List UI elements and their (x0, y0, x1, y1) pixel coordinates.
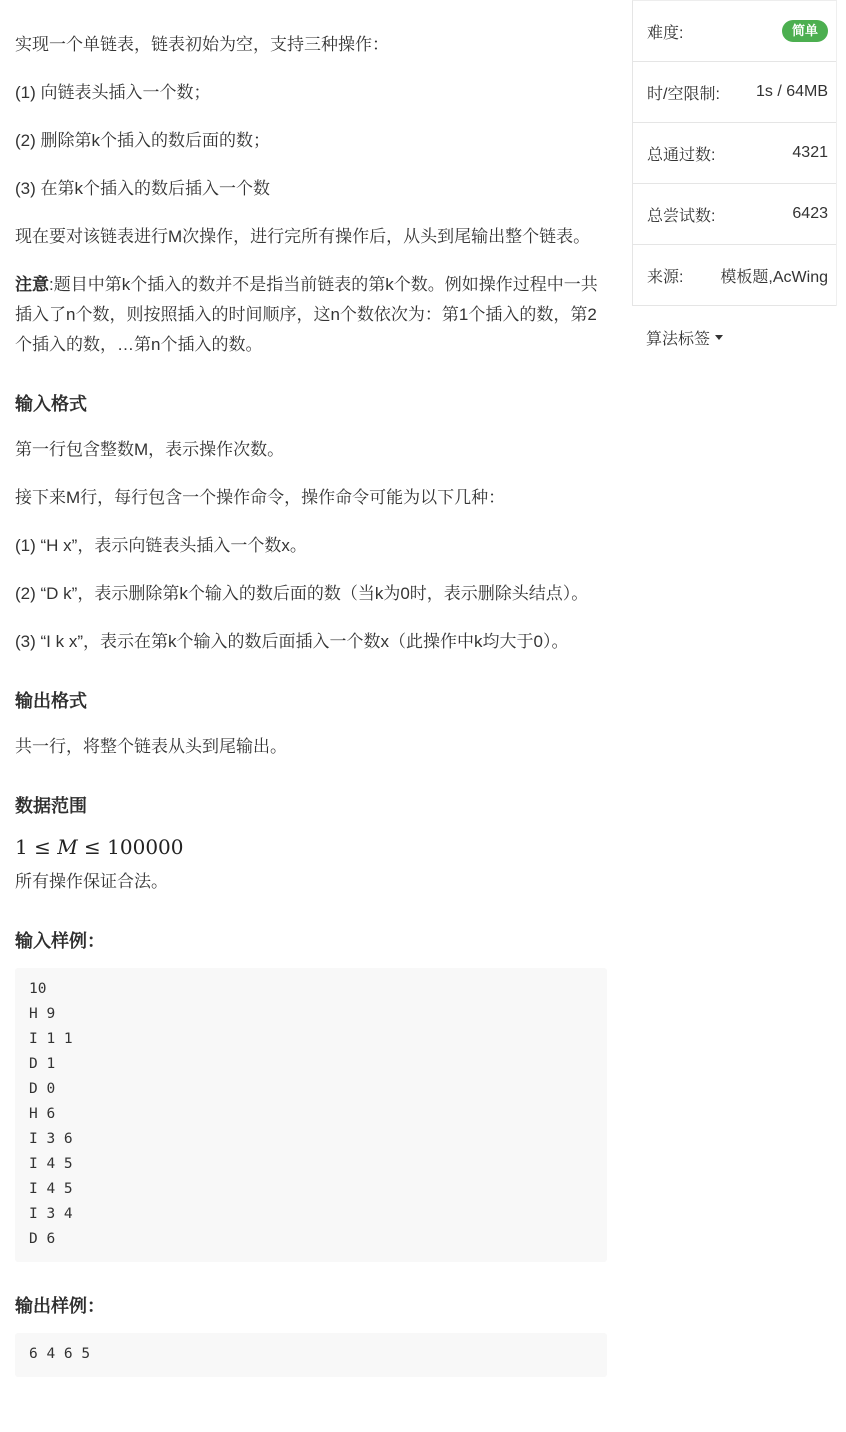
section-heading-input-format: 输入格式 (15, 392, 607, 417)
note-label: 注意 (15, 275, 49, 294)
note-paragraph: 注意:题目中第k个插入的数并不是指当前链表的第k个数。例如操作过程中一共插入了n… (15, 270, 607, 360)
source-row: 来源: 模板题,AcWing (633, 245, 836, 306)
formula-suffix: ≤ 100000 (78, 835, 184, 859)
total-attempts-row: 总尝试数: 6423 (633, 184, 836, 245)
formula-variable: M (57, 835, 77, 859)
total-passed-row: 总通过数: 4321 (633, 123, 836, 184)
algorithm-tags-dropdown[interactable]: 算法标签 (632, 306, 846, 368)
process-paragraph: 现在要对该链表进行M次操作，进行完所有操作后，从头到尾输出整个链表。 (15, 222, 607, 252)
input-format-line-2: 接下来M行，每行包含一个操作命令，操作命令可能为以下几种： (15, 483, 607, 513)
time-space-limit-row: 时/空限制: 1s / 64MB (633, 62, 836, 123)
section-heading-data-range: 数据范围 (15, 794, 607, 819)
math-formula: 1 ≤ M ≤ 100000 (15, 833, 607, 861)
section-heading-output-format: 输出格式 (15, 689, 607, 714)
sample-output-code-block: 6 4 6 5 (15, 1333, 607, 1377)
total-passed-label: 总通过数: (647, 142, 715, 165)
time-space-limit-value: 1s / 64MB (756, 83, 828, 101)
chevron-down-icon (715, 335, 723, 340)
time-space-limit-label: 时/空限制: (647, 81, 720, 104)
operation-3: (3) 在第k个插入的数后插入一个数 (15, 174, 607, 204)
input-format-line-1: 第一行包含整数M，表示操作次数。 (15, 435, 607, 465)
source-value: 模板题,AcWing (720, 264, 828, 287)
sample-input-code-block: 10 H 9 I 1 1 D 1 D 0 H 6 I 3 6 I 4 5 I 4… (15, 968, 607, 1262)
total-passed-value: 4321 (792, 144, 828, 162)
total-attempts-label: 总尝试数: (647, 203, 715, 226)
operation-2: (2) 删除第k个插入的数后面的数； (15, 126, 607, 156)
algorithm-tags-label: 算法标签 (646, 326, 710, 349)
problem-info-table: 难度: 简单 时/空限制: 1s / 64MB 总通过数: 4321 总尝试数:… (632, 0, 837, 306)
problem-page: 实现一个单链表，链表初始为空，支持三种操作： (1) 向链表头插入一个数； (2… (0, 0, 846, 1432)
input-format-line-4: (2) “D k”，表示删除第k个输入的数后面的数（当k为0时，表示删除头结点）… (15, 579, 607, 609)
section-heading-sample-output: 输出样例： (15, 1294, 607, 1319)
section-heading-sample-input: 输入样例： (15, 929, 607, 954)
difficulty-label: 难度: (647, 20, 683, 43)
input-format-line-5: (3) “I k x”，表示在第k个输入的数后面插入一个数x（此操作中k均大于0… (15, 627, 607, 657)
problem-info-sidebar: 难度: 简单 时/空限制: 1s / 64MB 总通过数: 4321 总尝试数:… (632, 0, 846, 368)
output-format-text: 共一行，将整个链表从头到尾输出。 (15, 732, 607, 762)
input-format-line-3: (1) “H x”，表示向链表头插入一个数x。 (15, 531, 607, 561)
difficulty-badge: 简单 (782, 20, 828, 42)
problem-statement: 实现一个单链表，链表初始为空，支持三种操作： (1) 向链表头插入一个数； (2… (0, 0, 632, 1377)
total-attempts-value: 6423 (792, 205, 828, 223)
note-text: :题目中第k个插入的数并不是指当前链表的第k个数。例如操作过程中一共插入了n个数… (15, 275, 598, 354)
data-range-note: 所有操作保证合法。 (15, 867, 607, 897)
difficulty-row: 难度: 简单 (633, 1, 836, 62)
formula-prefix: 1 ≤ (15, 835, 57, 859)
source-label: 来源: (647, 264, 683, 287)
operation-1: (1) 向链表头插入一个数； (15, 78, 607, 108)
intro-paragraph: 实现一个单链表，链表初始为空，支持三种操作： (15, 30, 607, 60)
